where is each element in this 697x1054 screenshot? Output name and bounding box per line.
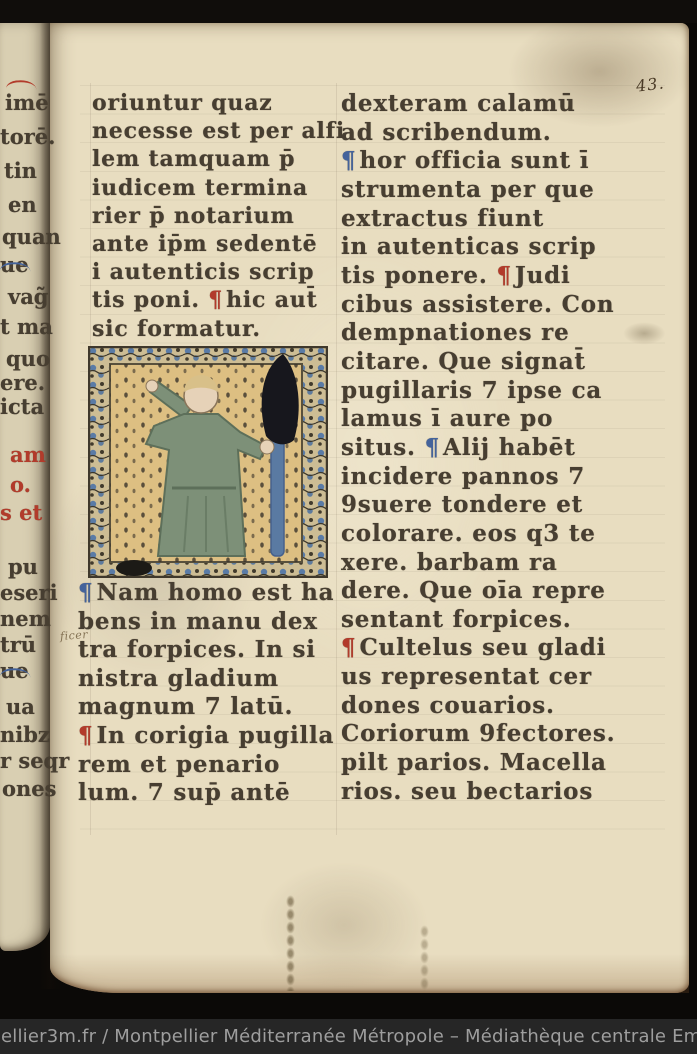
margin-fragment: quan <box>2 224 61 249</box>
text-segment: nistra gladium <box>78 665 279 692</box>
pilcrow-mark: ¶ <box>341 147 359 174</box>
margin-fragment: nibz <box>0 722 50 747</box>
text-line: pugillaris 7 ipse ca <box>341 377 615 406</box>
folio-number: 43. <box>635 73 666 95</box>
text-line: 9suere tondere et <box>341 491 615 520</box>
text-line: dere. Que oīa repre <box>341 577 615 606</box>
margin-fragment: torē. <box>0 124 55 149</box>
text-line: necesse est per alfi <box>92 117 345 145</box>
pilcrow-mark: ¶ <box>78 722 96 749</box>
margin-fragment: r seqr <box>0 748 69 773</box>
text-line: extractus fiunt <box>341 205 615 234</box>
text-line: magnum 7 latū. <box>78 693 334 722</box>
text-segment: Coriorum 9fectores. <box>341 720 615 747</box>
text-line: Coriorum 9fectores. <box>341 720 615 749</box>
text-line: pilt parios. Macella <box>341 749 615 778</box>
text-segment: cibus assistere. Con <box>341 291 614 318</box>
text-line: oriuntur quaz <box>92 89 345 117</box>
text-segment: dempnationes re <box>341 319 570 346</box>
text-line: xere. barbam ra <box>341 549 615 578</box>
text-line: incidere pannos 7 <box>341 463 615 492</box>
scan-black-band-top <box>0 0 697 23</box>
scan-black-band-right <box>689 0 697 1020</box>
text-line: iudicem termina <box>92 174 345 202</box>
margin-fragment: o. <box>10 472 31 497</box>
pilcrow-mark: ¶ <box>341 634 359 661</box>
text-line: us representat cer <box>341 663 615 692</box>
text-segment: hic aut̄ <box>226 287 317 313</box>
text-segment: strumenta per que <box>341 176 595 203</box>
manuscript-page: 43. ficer oriuntur quaznecesse est per a… <box>50 23 689 993</box>
text-line: dones couarios. <box>341 692 615 721</box>
text-segment: Cultelus seu gladi <box>359 634 606 661</box>
text-line: ¶Cultelus seu gladi <box>341 634 615 663</box>
text-line: ¶hor officia sunt ī <box>341 147 615 176</box>
margin-fragment: ones <box>2 776 56 801</box>
text-segment: rem et penario <box>78 751 280 778</box>
text-segment: Judi <box>515 262 571 289</box>
pilcrow-mark: ¶ <box>208 287 226 313</box>
text-segment: pilt parios. Macella <box>341 749 607 776</box>
text-segment: magnum 7 latū. <box>78 693 293 720</box>
margin-fragment: pu <box>8 554 38 579</box>
text-line: ante ip̄m sedentē <box>92 230 345 258</box>
margin-fragment: imē <box>5 90 49 115</box>
margin-fragment: icta <box>0 394 44 419</box>
text-line: citare. Que signat̄ <box>341 348 615 377</box>
text-line: lamus ī aure po <box>341 405 615 434</box>
margin-fragment: ere. <box>0 370 45 395</box>
text-line: tis poni. ¶hic aut̄ <box>92 286 345 314</box>
text-segment: Nam homo est ha <box>96 579 334 606</box>
text-segment: oriuntur quaz <box>92 90 273 116</box>
text-segment: dexteram calamū <box>341 90 576 117</box>
text-segment: citare. Que signat̄ <box>341 348 586 375</box>
margin-fragment: ua <box>6 694 35 719</box>
text-segment: colorare. eos q3 te <box>341 520 596 547</box>
text-line: situs. ¶Alij habēt <box>341 434 615 463</box>
text-line: strumenta per que <box>341 176 615 205</box>
text-line: lum. 7 sup̄ antē <box>78 779 334 808</box>
text-segment: us representat cer <box>341 663 592 690</box>
right-column-text: dexteram calamūad scribendum.¶hor offici… <box>341 90 615 806</box>
text-segment: ante ip̄m sedentē <box>92 231 317 257</box>
text-segment: dere. Que oīa repre <box>341 577 606 604</box>
text-line: ¶Nam homo est ha <box>78 579 334 608</box>
text-line: dempnationes re <box>341 319 615 348</box>
margin-fragment: quo <box>6 346 50 371</box>
miniature-svg <box>88 346 328 578</box>
margin-fragment: nem <box>0 606 51 631</box>
text-segment: sentant forpices. <box>341 606 572 633</box>
text-segment: In corigia pugilla <box>96 722 334 749</box>
text-line: colorare. eos q3 te <box>341 520 615 549</box>
text-segment: pugillaris 7 ipse ca <box>341 377 602 404</box>
text-line: rios. seu bectarios <box>341 778 615 807</box>
text-line: in autenticas scrip <box>341 233 615 262</box>
text-segment: tis poni. <box>92 287 208 313</box>
text-segment: extractus fiunt <box>341 205 544 232</box>
text-segment: bens in manu dex <box>78 608 318 635</box>
attribution-bar: ellier3m.fr / Montpellier Méditerranée M… <box>0 1019 697 1054</box>
text-segment: ad scribendum. <box>341 119 552 146</box>
margin-fragment: vag̃ <box>8 284 49 309</box>
margin-fragment: t ma <box>0 314 53 339</box>
miniature-illustration <box>88 346 328 578</box>
stain-chain <box>286 895 296 991</box>
text-segment: sic formatur. <box>92 316 261 342</box>
text-segment: rier p̄ notarium <box>92 203 295 229</box>
text-segment: necesse est per alfi <box>92 118 345 144</box>
text-segment: iudicem termina <box>92 175 308 201</box>
text-segment: hor officia sunt ī <box>359 147 589 174</box>
text-segment: situs. <box>341 434 425 461</box>
text-segment: lamus ī aure po <box>341 405 553 432</box>
text-line: sic formatur. <box>92 315 345 343</box>
text-line: dexteram calamū <box>341 90 615 119</box>
margin-fragment: am <box>10 442 46 467</box>
text-line: rem et penario <box>78 751 334 780</box>
manuscript-scan: imētorē.tinenquanuevag̃t maquoere.ictaam… <box>0 0 697 1054</box>
text-segment: lum. 7 sup̄ antē <box>78 779 290 806</box>
margin-fragment: s et <box>0 500 42 525</box>
text-segment: incidere pannos 7 <box>341 463 585 490</box>
text-line: tra forpices. In si <box>78 636 334 665</box>
text-segment: in autenticas scrip <box>341 233 596 260</box>
text-segment: rios. seu bectarios <box>341 778 593 805</box>
stain-chain <box>420 925 430 991</box>
text-segment: Alij habēt <box>443 434 576 461</box>
text-line: rier p̄ notarium <box>92 202 345 230</box>
pilcrow-mark: ¶ <box>496 262 514 289</box>
text-segment: xere. barbam ra <box>341 549 558 576</box>
attribution-text: ellier3m.fr / Montpellier Méditerranée M… <box>1 1026 697 1047</box>
text-line: sentant forpices. <box>341 606 615 635</box>
pilcrow-mark: ¶ <box>425 434 443 461</box>
pilcrow-mark: ¶ <box>78 579 96 606</box>
text-line: ad scribendum. <box>341 119 615 148</box>
text-line: bens in manu dex <box>78 608 334 637</box>
margin-fragment: en <box>8 192 37 217</box>
margin-fragment: tin <box>4 158 37 183</box>
left-column-upper-text: oriuntur quaznecesse est per alfilem tam… <box>92 89 345 343</box>
margin-fragment: trū <box>0 632 36 657</box>
text-line: nistra gladium <box>78 665 334 694</box>
text-line: tis ponere. ¶Judi <box>341 262 615 291</box>
text-segment: tis ponere. <box>341 262 496 289</box>
text-segment: dones couarios. <box>341 692 555 719</box>
text-segment: i autenticis scrip <box>92 259 314 285</box>
text-line: cibus assistere. Con <box>341 291 615 320</box>
text-segment: 9suere tondere et <box>341 491 583 518</box>
text-segment: tra forpices. In si <box>78 636 316 663</box>
text-line: lem tamquam p̄ <box>92 145 345 173</box>
text-segment: lem tamquam p̄ <box>92 146 295 172</box>
text-line: i autenticis scrip <box>92 258 345 286</box>
left-column-lower-text: ¶Nam homo est habens in manu dextra forp… <box>78 579 334 808</box>
margin-fragment: eseri <box>0 580 58 605</box>
text-line: ¶In corigia pugilla <box>78 722 334 751</box>
